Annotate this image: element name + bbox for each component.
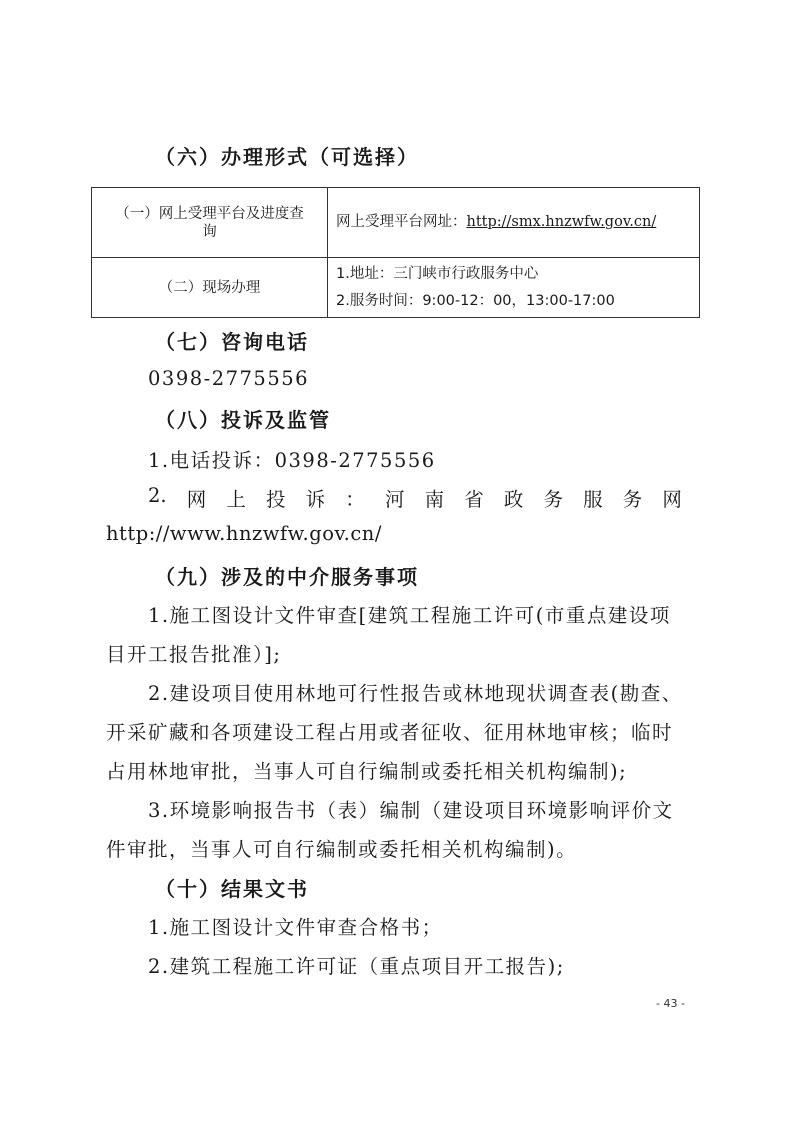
- justified-char: 政: [504, 484, 524, 512]
- intermediary-item-1-line-1: 1.施工图设计文件审查[建筑工程施工许可(市重点建设项: [148, 600, 671, 628]
- table-cell-onsite-content: 1.地址：三门峡市行政服务中心 2.服务时间：9:00-12：00，13:00-…: [328, 258, 699, 318]
- page-number: - 43 -: [656, 997, 685, 1010]
- justified-char: 务: [544, 484, 564, 512]
- intermediary-item-2-line-1: 2.建设项目使用林地可行性报告或林地现状调查表(勘查、: [148, 678, 683, 706]
- section-6-heading: （六）办理形式（可选择）: [155, 141, 419, 170]
- online-label-line1: （一）网上受理平台及进度查: [115, 205, 304, 223]
- justified-char: 投: [266, 484, 286, 512]
- table-row-onsite: （二）现场办理 1.地址：三门峡市行政服务中心 2.服务时间：9:00-12：0…: [92, 258, 699, 318]
- consult-phone: 0398-2775556: [148, 367, 309, 390]
- justified-char: 服: [583, 484, 603, 512]
- online-platform-link[interactable]: http://smx.hnzwfw.gov.cn/: [467, 214, 657, 230]
- justified-char: ：: [345, 484, 365, 512]
- result-doc-item-2: 2.建筑工程施工许可证（重点项目开工报告);: [148, 951, 565, 979]
- complaint-online-url[interactable]: http://www.hnzwfw.gov.cn/: [106, 522, 382, 545]
- handling-method-table: （一）网上受理平台及进度查 询 网上受理平台网址：http://smx.hnzw…: [91, 187, 700, 318]
- intermediary-item-2-line-2: 开采矿藏和各项建设工程占用或者征收、征用林地审核；临时: [106, 717, 673, 745]
- intermediary-item-2-line-3: 占用林地审批，当事人可自行编制或委托相关机构编制);: [106, 756, 627, 784]
- intermediary-item-1-line-2: 目开工报告批准）];: [106, 639, 281, 667]
- result-doc-item-1: 1.施工图设计文件审查合格书；: [148, 912, 443, 940]
- table-cell-online-content: 网上受理平台网址：http://smx.hnzwfw.gov.cn/: [328, 188, 699, 257]
- justified-char: 省: [464, 484, 484, 512]
- online-url-prefix: 网上受理平台网址：: [336, 214, 467, 230]
- table-cell-onsite-label: （二）现场办理: [92, 258, 328, 318]
- intermediary-item-3-line-1: 3.环境影响报告书（表）编制（建设项目环境影响评价文: [148, 795, 674, 823]
- justified-char: 2.: [148, 484, 167, 512]
- section-8-heading: （八）投诉及监管: [155, 404, 331, 433]
- table-row-online: （一）网上受理平台及进度查 询 网上受理平台网址：http://smx.hnzw…: [92, 188, 699, 258]
- justified-char: 网: [187, 484, 207, 512]
- complaint-phone: 1.电话投诉：0398-2775556: [148, 445, 436, 473]
- justified-char: 务: [623, 484, 643, 512]
- onsite-hours: 2.服务时间：9:00-12：00，13:00-17:00: [336, 288, 699, 315]
- onsite-address: 1.地址：三门峡市行政服务中心: [336, 261, 699, 288]
- justified-char: 河: [385, 484, 405, 512]
- intermediary-item-3-line-2: 件审批，当事人可自行编制或委托相关机构编制)。: [106, 834, 577, 862]
- justified-char: 网: [662, 484, 682, 512]
- justified-char: 上: [226, 484, 246, 512]
- section-10-heading: （十）结果文书: [155, 873, 309, 902]
- section-7-heading: （七）咨询电话: [155, 326, 309, 355]
- justified-char: 南: [425, 484, 445, 512]
- complaint-online-line: 2. 网 上 投 诉 ： 河 南 省 政 务 服 务 网: [148, 484, 682, 512]
- online-label-line2: 询: [115, 223, 304, 241]
- section-9-heading: （九）涉及的中介服务事项: [155, 561, 419, 590]
- justified-char: 诉: [306, 484, 326, 512]
- table-cell-online-label: （一）网上受理平台及进度查 询: [92, 188, 328, 257]
